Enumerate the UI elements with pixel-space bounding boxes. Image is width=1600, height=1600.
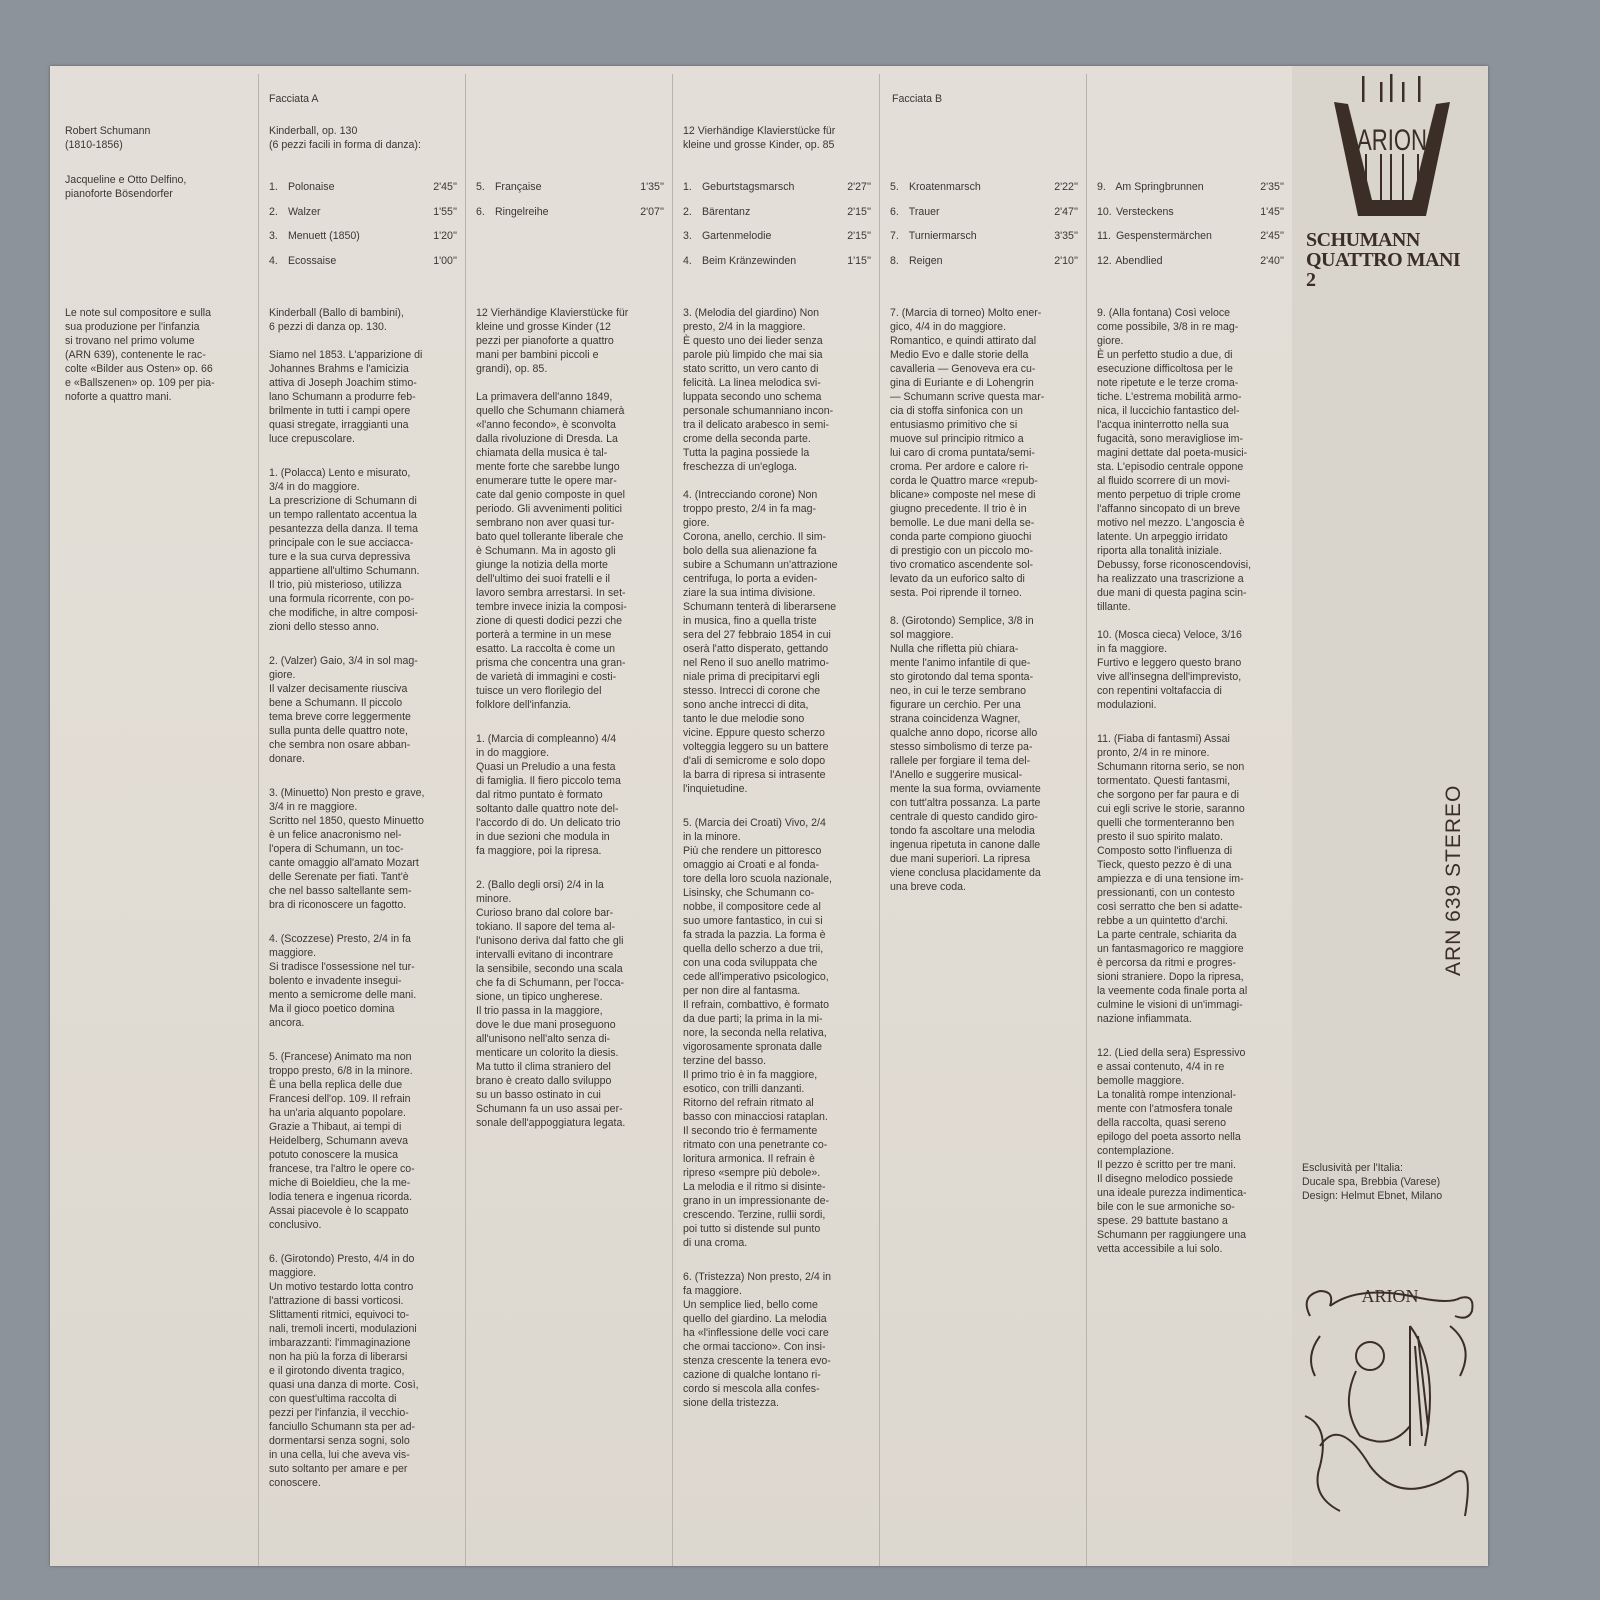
track-duration: 1'20'' (433, 229, 457, 254)
tracklist: 5. Kroatenmarsch2'22''6. Trauer2'47''7. … (890, 180, 1078, 279)
track-row: 10. Versteckens1'45'' (1097, 205, 1284, 230)
track-row: 4. Beim Kränzewinden1'15'' (683, 254, 871, 279)
track-name: Walzer (285, 206, 321, 218)
album-title-line1: SCHUMANN (1306, 230, 1460, 250)
work1-title: Kinderball, op. 130 (6 pezzi facili in f… (269, 124, 455, 152)
note-paragraph: 12 Vierhändige Klavierstücke für kleine … (476, 306, 666, 376)
composer-name: Robert Schumann (65, 124, 248, 138)
track-name: Versteckens (1113, 206, 1174, 218)
track-duration: 2'22'' (1054, 180, 1078, 205)
arion-emblem-engraving-icon: ARION (1300, 1276, 1480, 1526)
track-title: 4. Ecossaise (269, 254, 336, 279)
track-title: 2. Walzer (269, 205, 321, 230)
catalog-number: ARN 639 STEREO (1442, 806, 1466, 976)
notes-column: 7. (Marcia di torneo) Molto ener- gico, … (890, 306, 1080, 914)
track-name: Gartenmelodie (699, 230, 771, 242)
tracklist: 1. Geburtstagsmarsch2'27''2. Bärentanz2'… (683, 180, 871, 279)
track-name: Bärentanz (699, 206, 750, 218)
note-paragraph: 10. (Mosca cieca) Veloce, 3/16 in fa mag… (1097, 628, 1286, 712)
track-title: 12. Abendlied (1097, 254, 1162, 279)
track-number: 5. (890, 180, 906, 194)
track-number: 3. (269, 229, 285, 243)
track-row: 1. Polonaise2'45'' (269, 180, 457, 205)
column-side-a-1: Facciata A Kinderball, op. 130 (6 pezzi … (258, 74, 465, 1566)
side-b-label: Facciata B (892, 92, 942, 106)
track-name: Ecossaise (285, 255, 336, 267)
track-number: 12. (1097, 254, 1113, 268)
column-side-a-2: 5. Française1'35''6. Ringelreihe2'07'' 1… (465, 74, 672, 1566)
branding-panel: ARION SCHUMANN QUATTRO MANI 2 ARN 639 ST… (1292, 66, 1488, 1566)
track-title: 8. Reigen (890, 254, 943, 279)
intro-note: Le note sul compositore e sulla sua prod… (65, 306, 252, 404)
performers-line2: pianoforte Bösendorfer (65, 187, 248, 201)
track-number: 8. (890, 254, 906, 268)
track-title: 4. Beim Kränzewinden (683, 254, 796, 279)
track-duration: 1'00'' (433, 254, 457, 279)
track-duration: 1'15'' (847, 254, 871, 279)
note-paragraph: 12. (Lied della sera) Espressivo e assai… (1097, 1046, 1286, 1256)
track-number: 1. (683, 180, 699, 194)
column-side-b-2: 9. Am Springbrunnen2'35''10. Versteckens… (1086, 74, 1292, 1566)
note-paragraph: 1. (Marcia di compleanno) 4/4 in do magg… (476, 732, 666, 858)
note-paragraph: Kinderball (Ballo di bambini), 6 pezzi d… (269, 306, 459, 334)
track-title: 1. Geburtstagsmarsch (683, 180, 794, 205)
track-duration: 2'45'' (1260, 229, 1284, 254)
track-name: Abendlied (1113, 255, 1162, 267)
note-paragraph: 11. (Fiaba di fantasmi) Assai pronto, 2/… (1097, 732, 1286, 1026)
track-duration: 1'45'' (1260, 205, 1284, 230)
track-duration: 2'27'' (847, 180, 871, 205)
note-paragraph: 2. (Ballo degli orsi) 2/4 in la minore. … (476, 878, 666, 1130)
note-paragraph: 4. (Intrecciando corone) Non troppo pres… (683, 488, 873, 796)
column-side-b-1: Facciata B 5. Kroatenmarsch2'22''6. Trau… (879, 74, 1086, 1566)
track-duration: 1'35'' (640, 180, 664, 205)
track-number: 10. (1097, 205, 1113, 219)
note-paragraph: 3. (Melodia del giardino) Non presto, 2/… (683, 306, 873, 474)
composer-dates: (1810-1856) (65, 138, 248, 152)
notes-column: Kinderball (Ballo di bambini), 6 pezzi d… (269, 306, 459, 1510)
track-number: 7. (890, 229, 906, 243)
track-number: 6. (890, 205, 906, 219)
column-composer: Robert Schumann (1810-1856) Jacqueline e… (50, 74, 258, 1566)
album-title-line2: QUATTRO MANI (1306, 250, 1460, 270)
note-paragraph: 4. (Scozzese) Presto, 2/4 in fa maggiore… (269, 932, 459, 1030)
note-paragraph: 7. (Marcia di torneo) Molto ener- gico, … (890, 306, 1080, 600)
track-title: 10. Versteckens (1097, 205, 1174, 230)
track-title: 7. Turniermarsch (890, 229, 977, 254)
track-duration: 2'15'' (847, 229, 871, 254)
note-paragraph: 6. (Tristezza) Non presto, 2/4 in fa mag… (683, 1270, 873, 1410)
track-duration: 2'40'' (1260, 254, 1284, 279)
track-duration: 2'07'' (640, 205, 664, 230)
track-duration: 2'45'' (433, 180, 457, 205)
track-name: Turniermarsch (906, 230, 977, 242)
performers-block: Jacqueline e Otto Delfino, pianoforte Bö… (65, 173, 248, 201)
note-paragraph: Siamo nel 1853. L'apparizione di Johanne… (269, 348, 459, 446)
track-row: 2. Walzer1'55'' (269, 205, 457, 230)
track-number: 4. (269, 254, 285, 268)
track-row: 6. Trauer2'47'' (890, 205, 1078, 230)
column-side-a-3: 12 Vierhändige Klavierstücke für kleine … (672, 74, 879, 1566)
svg-text:ARION: ARION (1362, 1286, 1419, 1306)
track-duration: 2'35'' (1260, 180, 1284, 205)
track-row: 7. Turniermarsch3'35'' (890, 229, 1078, 254)
track-row: 8. Reigen2'10'' (890, 254, 1078, 279)
note-paragraph: 1. (Polacca) Lento e misurato, 3/4 in do… (269, 466, 459, 634)
performers-line1: Jacqueline e Otto Delfino, (65, 173, 248, 187)
track-duration: 2'47'' (1054, 205, 1078, 230)
tracklist: 9. Am Springbrunnen2'35''10. Versteckens… (1097, 180, 1284, 279)
note-paragraph: 8. (Girotondo) Semplice, 3/8 in sol magg… (890, 614, 1080, 894)
album-title: SCHUMANN QUATTRO MANI 2 (1306, 230, 1460, 290)
notes-column: 3. (Melodia del giardino) Non presto, 2/… (683, 306, 873, 1430)
track-number: 6. (476, 205, 492, 219)
track-number: 2. (269, 205, 285, 219)
notes-column: 12 Vierhändige Klavierstücke für kleine … (476, 306, 666, 1150)
credits-block: Esclusività per l'Italia: Ducale spa, Br… (1302, 1161, 1442, 1203)
track-name: Reigen (906, 255, 943, 267)
track-number: 3. (683, 229, 699, 243)
track-title: 5. Française (476, 180, 541, 205)
side-a-label: Facciata A (269, 92, 318, 106)
svg-text:ARION: ARION (1357, 124, 1427, 157)
tracklist: 1. Polonaise2'45''2. Walzer1'55''3. Menu… (269, 180, 457, 279)
track-name: Kroatenmarsch (906, 181, 981, 193)
track-row: 5. Française1'35'' (476, 180, 664, 205)
note-paragraph: 2. (Valzer) Gaio, 3/4 in sol mag- giore.… (269, 654, 459, 766)
track-row: 3. Menuett (1850)1'20'' (269, 229, 457, 254)
track-duration: 1'55'' (433, 205, 457, 230)
track-number: 1. (269, 180, 285, 194)
track-title: 11. Gespenstermärchen (1097, 229, 1212, 254)
track-duration: 2'15'' (847, 205, 871, 230)
track-name: Polonaise (285, 181, 334, 193)
track-title: 5. Kroatenmarsch (890, 180, 981, 205)
track-row: 2. Bärentanz2'15'' (683, 205, 871, 230)
track-number: 2. (683, 205, 699, 219)
track-name: Trauer (906, 206, 940, 218)
track-name: Gespenstermärchen (1113, 230, 1212, 242)
track-row: 12. Abendlied2'40'' (1097, 254, 1284, 279)
record-back-cover: Robert Schumann (1810-1856) Jacqueline e… (50, 66, 1488, 1566)
track-number: 9. (1097, 180, 1113, 194)
track-row: 11. Gespenstermärchen2'45'' (1097, 229, 1284, 254)
note-paragraph: 6. (Girotondo) Presto, 4/4 in do maggior… (269, 1252, 459, 1490)
track-name: Beim Kränzewinden (699, 255, 796, 267)
track-name: Geburtstagsmarsch (699, 181, 794, 193)
work2-title: 12 Vierhändige Klavierstücke für kleine … (683, 124, 869, 152)
track-number: 11. (1097, 229, 1113, 243)
track-title: 1. Polonaise (269, 180, 334, 205)
track-name: Ringelreihe (492, 206, 549, 218)
track-title: 6. Ringelreihe (476, 205, 549, 230)
tracklist: 5. Française1'35''6. Ringelreihe2'07'' (476, 180, 664, 229)
note-paragraph: 9. (Alla fontana) Così veloce come possi… (1097, 306, 1286, 614)
track-number: 4. (683, 254, 699, 268)
track-row: 9. Am Springbrunnen2'35'' (1097, 180, 1284, 205)
track-row: 3. Gartenmelodie2'15'' (683, 229, 871, 254)
credit-line: Ducale spa, Brebbia (Varese) (1302, 1175, 1442, 1189)
track-title: 2. Bärentanz (683, 205, 750, 230)
track-row: 5. Kroatenmarsch2'22'' (890, 180, 1078, 205)
track-name: Menuett (1850) (285, 230, 360, 242)
intro-notes: Le note sul compositore e sulla sua prod… (65, 306, 252, 418)
note-paragraph: 5. (Marcia dei Croati) Vivo, 2/4 in la m… (683, 816, 873, 1250)
track-duration: 3'35'' (1054, 229, 1078, 254)
note-paragraph: 3. (Minuetto) Non presto e grave, 3/4 in… (269, 786, 459, 912)
track-title: 3. Menuett (1850) (269, 229, 360, 254)
note-paragraph: 5. (Francese) Animato ma non troppo pres… (269, 1050, 459, 1232)
track-title: 3. Gartenmelodie (683, 229, 771, 254)
track-title: 9. Am Springbrunnen (1097, 180, 1204, 205)
track-name: Française (492, 181, 541, 193)
album-title-line3: 2 (1306, 270, 1460, 290)
credit-line: Design: Helmut Ebnet, Milano (1302, 1189, 1442, 1203)
composer-block: Robert Schumann (1810-1856) (65, 124, 248, 152)
track-title: 6. Trauer (890, 205, 940, 230)
credit-line: Esclusività per l'Italia: (1302, 1161, 1442, 1175)
notes-column: 9. (Alla fontana) Così veloce come possi… (1097, 306, 1286, 1276)
arion-lyre-logo-icon: ARION (1332, 74, 1452, 224)
track-number: 5. (476, 180, 492, 194)
track-row: 6. Ringelreihe2'07'' (476, 205, 664, 230)
note-paragraph: La primavera dell'anno 1849, quello che … (476, 390, 666, 712)
track-row: 4. Ecossaise1'00'' (269, 254, 457, 279)
track-row: 1. Geburtstagsmarsch2'27'' (683, 180, 871, 205)
track-name: Am Springbrunnen (1113, 181, 1204, 193)
track-duration: 2'10'' (1054, 254, 1078, 279)
